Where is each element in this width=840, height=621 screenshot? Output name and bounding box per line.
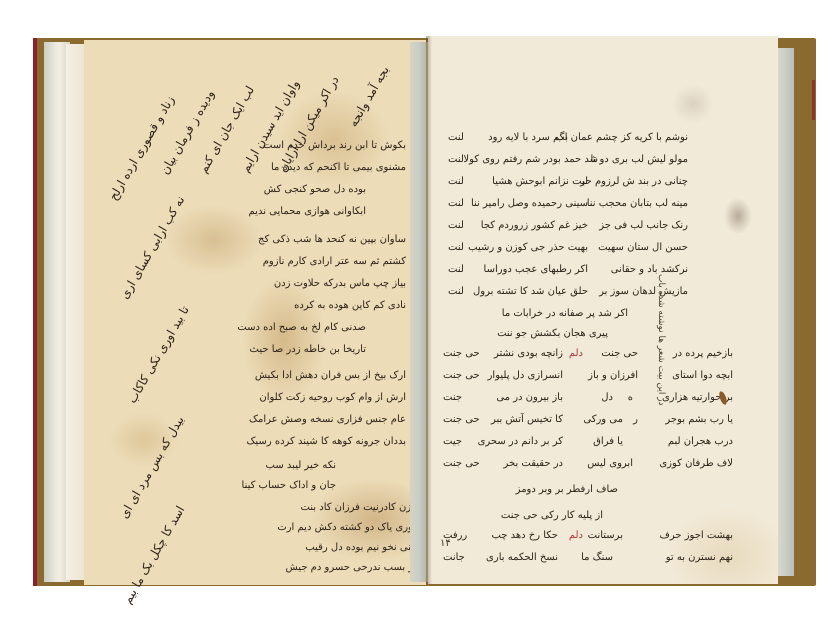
- spine-shadow: [426, 36, 432, 584]
- verse-right: رنک جانب لب فی جز: [599, 220, 688, 231]
- text-row: صدنی کام لخ به صبح اده دست: [237, 322, 366, 333]
- rubric-cell: دلم: [569, 348, 583, 359]
- verse-end: لنت: [448, 198, 464, 209]
- cover-red-edge-right: [812, 80, 815, 120]
- verse-right: نرکشد باد و حقانی: [611, 264, 688, 275]
- verse-left: حلق عیان شد کا تشته برول: [473, 286, 588, 297]
- cell: انسرازی دل پلیوار: [488, 370, 563, 381]
- cell: جانت: [443, 552, 465, 563]
- verse-left: لیت نزانم ابوحش هشیا: [492, 176, 588, 187]
- cover-red-edge-left: [33, 38, 37, 586]
- verse-end: لنت: [448, 286, 464, 297]
- text-row: ابکاوانی هوازی محمایی ندیم: [249, 206, 367, 217]
- diagonal-line: نه کب ارابی کسای اری: [117, 194, 187, 302]
- diagonal-line: تا بید اوری نکی کاکاب: [125, 304, 192, 406]
- verse-right: مولو لیش لب بری دو تا: [590, 154, 688, 165]
- text-row: ارش از وام کوب روحیه زکت کلوان: [259, 392, 406, 403]
- text-row: عام جنس فزاری نسخه وصش عرامک: [249, 414, 406, 425]
- cell: حی جنت: [443, 370, 480, 381]
- verse-end: لنت: [448, 242, 464, 253]
- text-row: بوده دل صحو کنجی کش: [264, 184, 366, 195]
- text-row: فنی نخو نیم بوده دل رقیب: [305, 542, 416, 553]
- cell: بهشت اجوز حرف: [659, 530, 733, 541]
- bottom-verses: بهشت اجوز حرف برستانت دلم حکا رخ دهد چب …: [443, 530, 733, 574]
- cell: زانچه بودی نشتر: [494, 348, 563, 359]
- folio-number: ۱۴: [440, 538, 451, 549]
- table-row: درب هجران لبم یا فراق کر بر دانم در سحری…: [443, 436, 733, 458]
- rubric-cell: دلم: [569, 530, 583, 541]
- left-page: بجه آمد وانجه در اکر میکن ارا ارایان واو…: [84, 40, 426, 585]
- cell: برستانت: [588, 530, 623, 541]
- verse-left: خیز غم کشور زروردم کجا: [481, 220, 588, 231]
- verse-table: بازخیم پرده در حی جنت دلم زانچه بودی نشت…: [443, 348, 733, 480]
- verse-left: بهیت حذر جی کوزن و رشیب: [468, 242, 588, 253]
- verse-end: لنت: [448, 176, 464, 187]
- verse-left: شد حمد بودر شم رفتم روی کولا: [463, 154, 598, 165]
- text-row: نادی کم کاین هوده به کرده: [294, 300, 406, 311]
- verse-end: لنت: [448, 132, 464, 143]
- vertical-marginal-note: در این بیت شعر ها نوشته شده باب: [656, 216, 666, 406]
- cell: یا فراق: [593, 436, 623, 447]
- verse-end: لنت: [448, 264, 464, 275]
- verse-right: مازیش لدهان سوز بر: [599, 286, 688, 297]
- text-row: وزن کادرنیت فرزان کاد بنت: [300, 502, 416, 513]
- cell: افرزان و باز: [588, 370, 638, 381]
- verse-end: لنت: [448, 220, 464, 231]
- text-row: بددان جرونه کوهه کا شیند کرده رسیک: [246, 436, 406, 447]
- verse-right: حسن ال ستان سهیت: [598, 242, 688, 253]
- cell: نسخ الحکمه باری: [486, 552, 558, 563]
- cell: حی جنت: [443, 414, 480, 425]
- cell: ابروی لیس: [587, 458, 633, 469]
- verse-end: لنت: [448, 154, 464, 165]
- text-row: نکه خیر لیبد سب: [266, 460, 336, 471]
- center-small-line: از پلیه کار رکی حی جنت: [501, 510, 603, 521]
- text-row: جان و اداک حساب کینا: [242, 480, 336, 491]
- cell: ابچه دوا استای: [672, 370, 733, 381]
- cell: کا تخیس آتش ببر: [491, 414, 563, 425]
- cell: حی جنت: [601, 348, 638, 359]
- cell: جیت: [443, 436, 462, 447]
- verse-left: اکر رطبهای عجب دوراسا: [484, 264, 588, 275]
- centered-line: اکر شد پر صفانه در خرابات ما: [502, 308, 628, 319]
- cell: بازخیم پرده در: [673, 348, 733, 359]
- table-row: بر حوارتیه هزاری دل ه باز بیرون در می جن…: [443, 392, 733, 414]
- cell: درب هجران لبم: [668, 436, 733, 447]
- text-row: کشتم ثم سه عتر ارادی کارم نازوم: [263, 256, 406, 267]
- center-small-line: صاف ارفطر بر وبر دومز: [516, 484, 618, 495]
- text-row: از بسب ندرحی حسرو دم جیش: [286, 562, 416, 573]
- verse-left: سینی رحمیده وصل رامیر ننا: [471, 198, 588, 209]
- diagonal-line: بجه آمد وانجه: [346, 64, 392, 130]
- cell: کر بر دانم در سحری: [478, 436, 563, 447]
- cell: ه: [628, 392, 633, 403]
- diagonal-line: زناد و قصوری ارده ارلح: [106, 94, 177, 203]
- text-row: بکوش تا ابن رند برداش حدم است: [263, 140, 406, 151]
- cell: یا رب بشم بوجر: [665, 414, 733, 425]
- text-row: ساوان بپین نه کنحد ها شب ذکی کج: [258, 234, 406, 245]
- table-row: بهشت اجوز حرف برستانت دلم حکا رخ دهد چب …: [443, 530, 733, 552]
- table-row: یا رب بشم بوجر می ورکی ر کا تخیس آتش ببر…: [443, 414, 733, 436]
- text-row: مشنوی بیمی تا اکنحم که دیده ما: [271, 162, 406, 173]
- text-row: بوری یاک دو کشته دکش دیم ارت: [277, 522, 416, 533]
- cell: جنت: [443, 392, 462, 403]
- cell: در حقیقت بخر: [503, 458, 563, 469]
- table-row: لاف طرفان کوزی ابروی لیس در حقیقت بخر حی…: [443, 458, 733, 480]
- verse-right: نوشم با کریه کز چشم عمان اب: [555, 132, 688, 143]
- centered-line: پیری هجان بکشش جو ننت: [497, 328, 608, 339]
- table-row: بازخیم پرده در حی جنت دلم زانچه بودی نشت…: [443, 348, 733, 370]
- cell: نهم نسترن به تو: [666, 552, 733, 563]
- cell: حی جنت: [443, 458, 480, 469]
- text-row: ارک بیخ از بس فران دهش ادا بکیش: [255, 370, 406, 381]
- cell: دل: [601, 392, 613, 403]
- cell: می ورکی: [583, 414, 623, 425]
- verse-left: بگم سرد با لایه رود: [488, 132, 568, 143]
- cell: حی جنت: [443, 348, 480, 359]
- verse-right: چنانی در بند ش لرزوم حر: [580, 176, 688, 187]
- table-row: نهم نسترن به تو سنگ ما نسخ الحکمه باری ج…: [443, 552, 733, 574]
- cell: ر: [633, 414, 638, 425]
- table-row: ابچه دوا استای افرزان و باز انسرازی دل پ…: [443, 370, 733, 392]
- cell: باز بیرون در می: [496, 392, 563, 403]
- cell: حکا رخ دهد چب: [491, 530, 558, 541]
- cell: سنگ ما: [581, 552, 613, 563]
- cell: لاف طرفان کوزی: [659, 458, 733, 469]
- text-row: تاریخا بن خاطه زدر صا حیث: [250, 344, 366, 355]
- text-row: بیاز چپ ماس بدرکه حلاوت زدن: [274, 278, 406, 289]
- verse-right: مینه لب بتابان محجب ننا: [587, 198, 688, 209]
- right-page: نوشم با کریه کز چشم عمان اب بگم سرد با ل…: [428, 36, 778, 584]
